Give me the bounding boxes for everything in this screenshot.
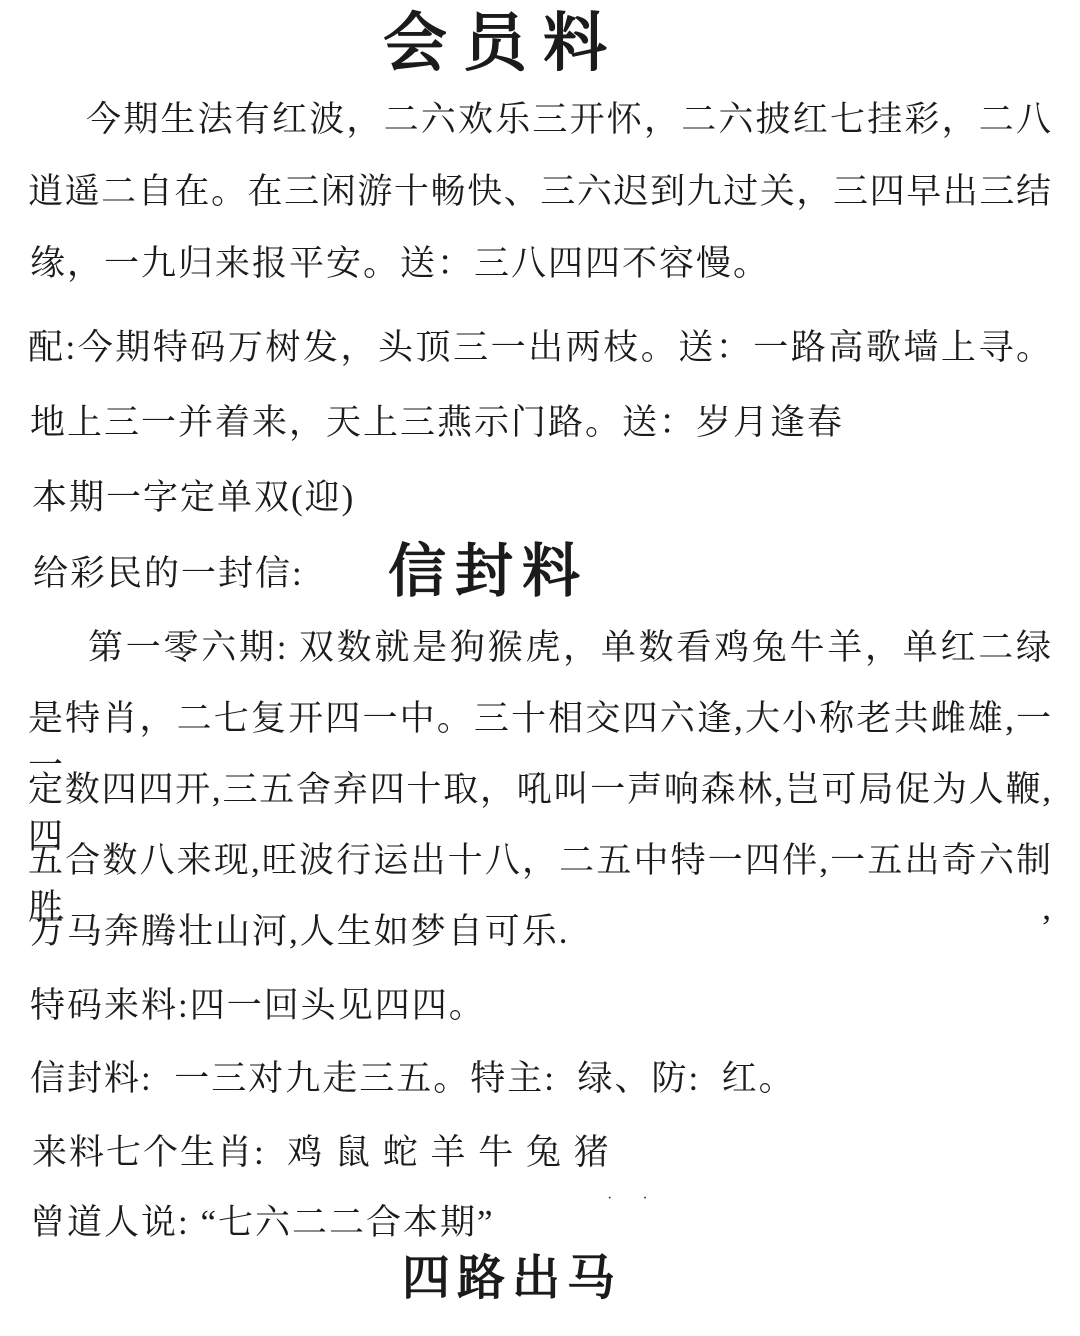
scanned-document-page: 会员料 今期生法有红波，二六欢乐三开怀，二六披红七挂彩，二八 逍遥二自在。在三闲… [0,0,1080,1336]
scan-speck-artifact: · · [607,1190,661,1208]
member-paragraph-line-3: 缘，一九归来报平安。送：三八四四不容慢。 [30,240,770,287]
envelope-tip-line: 信封料: 一三对九走三五。特主: 绿、防: 红。 [30,1055,796,1102]
footer-section-title: 四路出马 [402,1246,622,1312]
pei-line: 配:今期特码万树发，头顶三一出两枝。送：一路高歌墙上寻。 [28,324,1052,371]
envelope-paragraph-line-1: 第一零六期: 双数就是狗猴虎，单数看鸡兔牛羊，单红二绿 [88,624,1052,671]
envelope-section-title: 信封料 [388,532,589,612]
member-paragraph-line-1: 今期生法有红波，二六欢乐三开怀，二六披红七挂彩，二八 [86,96,1052,143]
ground-sky-line: 地上三一并着来，天上三燕示门路。送：岁月逢春 [30,399,844,446]
master-quote-line: 曾道人说: “七六二二合本期” [30,1199,495,1246]
member-paragraph-line-2: 逍遥二自在。在三闲游十畅快、三六迟到九过关，三四早出三结 [28,168,1052,215]
special-code-line: 特码来料:四一回头见四四。 [30,982,486,1029]
odd-even-line: 本期一字定单双(迎) [32,474,355,521]
envelope-paragraph-line-5: 万马奔腾壮山河,人生如梦自可乐. [30,908,570,955]
member-section-title: 会员料 [383,0,623,88]
letter-to-punters-label: 给彩民的一封信: [33,550,304,597]
zodiac-line: 来料七个生肖: 鸡 鼠 蛇 羊 牛 兔 猪 [32,1129,611,1176]
